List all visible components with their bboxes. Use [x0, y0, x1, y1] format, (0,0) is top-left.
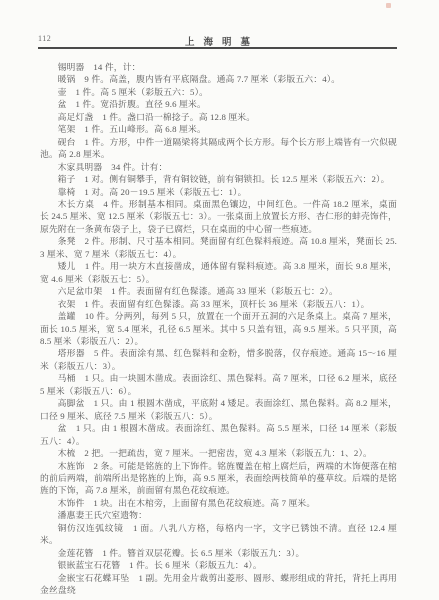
paragraph: 锡明器 14 件，计： [40, 61, 397, 73]
paragraph: 盖罐 10 件。分两列，每列 5 只，放置在一个面开五洞的六足条桌上。桌高 7 … [40, 310, 397, 347]
page-body: 锡明器 14 件，计： 暖锅 9 件。高盖，腹内皆有平底隔盘。通高 7.7 厘米… [40, 61, 397, 596]
paragraph: 塔形器 5 件。表面涂有黑、红色髹料和金粉，惜多脱落，仅存痕迹。通高 15～16… [40, 347, 397, 372]
paragraph: 金莲花簪 1 件。簪首双层花瓣。长 6.5 厘米（彩版五九：3）。 [40, 547, 397, 559]
paragraph: 盆 1 件。宽沿折腹。直径 9.6 厘米。 [40, 98, 397, 110]
page-header: 112 上海明墓 [38, 32, 397, 46]
paragraph: 铜仿汉连弧纹镜 1 面。八乳八方格，每格内一字，文字已锈蚀不清。直径 12.4 … [40, 522, 397, 547]
paragraph: 马桶 1 只。由一块圆木凿成。表面涂红、黑色髹料。高 7 厘米，口径 6.2 厘… [40, 372, 397, 397]
paragraph: 盆 1 只。由 1 根圆木凿成。表面涂红、黑色髹料。高 5.5 厘米，口径 14… [40, 422, 397, 447]
paragraph: 壶 1 件。高 5 厘米（彩版五六：5）。 [40, 86, 397, 98]
page-number: 112 [38, 34, 51, 43]
paragraph: 矮儿 1 件。用一块方木直接凿成，通体留有髹料痕迹。高 3.8 厘米，面长 9.… [40, 260, 397, 285]
paragraph: 木旌饰 2 条。可能是铭旌的上下饰件。铭旌覆盖在棺上腐烂后，两端的木饰便落在棺的… [40, 460, 397, 497]
paragraph: 衣架 1 件。表面留有红色髹漆。高 33 厘米，顶杆长 36 厘米（彩版五八：1… [40, 298, 397, 310]
paragraph: 暖锅 9 件。高盖，腹内皆有平底隔盘。通高 7.7 厘米（彩版五六：4）。 [40, 73, 397, 85]
paragraph: 木家具明器 34 件。计有： [40, 161, 397, 173]
corner-mark [386, 3, 391, 8]
paragraph: 高脚盆 1 只。由 1 根圆木凿成，平底附 4 矮足。表面涂红、黑色髹料。高 8… [40, 397, 397, 422]
paragraph: 金嵌宝石花蝶耳坠 1 副。先用金片裁剪出菱形、圆形、蝶形组成的背托，背托上再用金… [40, 572, 397, 597]
paragraph: 六足盆巾架 1 件。表面留有红色髹漆。通高 33 厘米（彩版五七：2）。 [40, 285, 397, 297]
paragraph: 砚台 1 件。方形，中件一道隔梁将其隔成两个长方形。每个长方形上端皆有一穴似砚池… [40, 136, 397, 161]
document-page: 112 上海明墓 锡明器 14 件，计： 暖锅 9 件。高盖，腹内皆有平底隔盘。… [0, 0, 439, 600]
paragraph: 潘惠妻王氏穴室遗物： [40, 509, 397, 521]
paragraph: 木饰件 1 块。出在木棺旁，上面留有黑色花纹痕迹。高 7 厘米。 [40, 497, 397, 509]
paragraph: 银嵌蓝宝石花簪 1 件。长 6 厘米（彩版五九：4）。 [40, 559, 397, 571]
page-title: 上海明墓 [176, 38, 259, 48]
paragraph: 笔架 1 件。五山峰形。高 6.8 厘米。 [40, 123, 397, 135]
paragraph: 条凳 2 件。形制、尺寸基本相同。凳面留有红色髹料痕迹。高 10.8 厘米，凳面… [40, 235, 397, 260]
paragraph: 高足灯盏 1 件。盏口沿一棉捻子。高 12.8 厘米。 [40, 111, 397, 123]
paragraph: 木梳 2 把。一把疏齿，宽 7 厘米。一把密齿，宽 4.3 厘米（彩版五九：1、… [40, 447, 397, 459]
paragraph: 木长方桌 4 件。形制基本相同。桌面黑色镶边，中间红色。一件高 18.2 厘米，… [40, 198, 397, 235]
paragraph: 箱子 1 对。侧有铜攀手，背有铜铰链，前有铜锁扣。长 12.5 厘米（彩版五六：… [40, 173, 397, 185]
paragraph: 靠椅 1 对。高 20－19.5 厘米（彩版五七：1）。 [40, 186, 397, 198]
